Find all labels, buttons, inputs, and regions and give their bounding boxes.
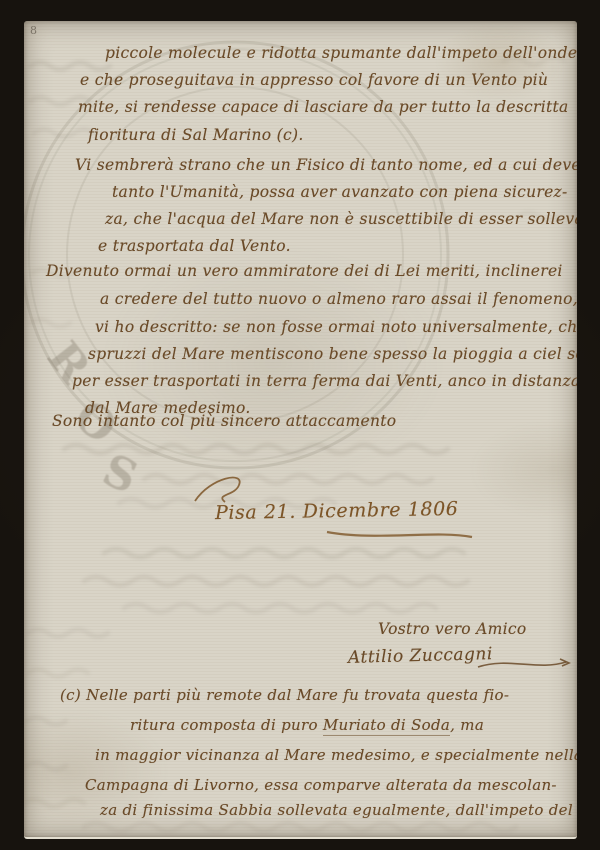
dateline: Pisa 21. Dicembre 1806 [215,498,459,524]
footnote-line: Campagna di Livorno, essa comparve alter… [85,776,557,794]
letter-line: per esser trasportati in terra ferma dai… [72,372,577,390]
footnote-line: in maggior vicinanza al Mare medesimo, e… [95,746,577,764]
letter-line: mite, si rendesse capace di lasciare da … [78,98,569,116]
letter-line: e che proseguitava in appresso col favor… [80,71,548,89]
footnote-text: , ma [450,716,484,734]
letter-line: e trasportata dal Vento. [98,237,291,255]
letter-line: Divenuto ormai un vero ammiratore dei di… [46,262,563,280]
footnote-line: ritura composta di puro Muriato di Soda,… [130,716,484,734]
letter-line: piccole molecule e ridotta spumante dall… [105,44,577,62]
letter-line: tanto l'Umanità, possa aver avanzato con… [112,183,568,201]
letter-line: spruzzi del Mare mentiscono bene spesso … [88,345,577,363]
date-underline-flourish [324,526,479,544]
letter-line: Vi sembrerà strano che un Fisico di tant… [75,156,577,174]
stamp-letter: S [95,445,145,505]
letter-page: R O S 8 piccole molecule e rido [24,21,577,839]
footnote-text: ritura composta di puro [130,716,323,734]
letter-line: vi ho descritto: se non fosse ormai noto… [95,318,577,336]
signature: Attilio Zuccagni [348,644,493,668]
valediction: Vostro vero Amico [378,620,527,638]
letter-line: a credere del tutto nuovo o almeno raro … [100,290,577,308]
folio-number: 8 [30,24,37,37]
footnote-line: (c) Nelle parti più remote dal Mare fu t… [60,686,509,704]
underlined-term: Muriato di Soda [323,716,450,736]
closing-line: Sono intanto col più sincero attaccament… [52,412,396,430]
footnote-line: za di finissima Sabbia sollevata egualme… [100,801,577,819]
letter-line: fioritura di Sal Marino (c). [88,126,304,144]
letter-line: za, che l'acqua del Mare non è suscettib… [105,210,577,228]
